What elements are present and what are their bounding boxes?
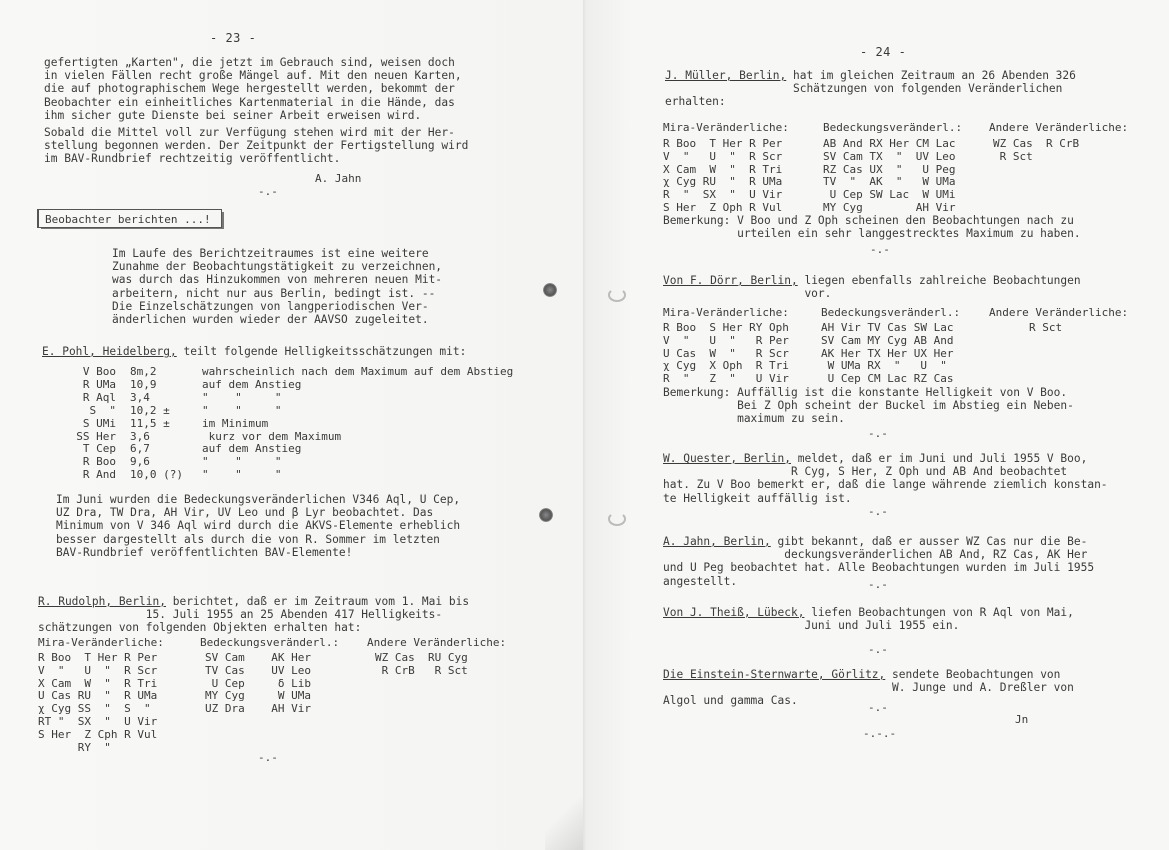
observer-name: E. Pohl, Heidelberg, [42, 345, 177, 358]
eclipsing-header: Bedeckungsveränderl.: [821, 306, 960, 319]
other-list: WZ Cas RU Cyg R CrB R Sct [375, 652, 468, 678]
magnitude: 8m,2 [130, 366, 202, 379]
estimate-row: R UMa10,9auf dem Anstieg [58, 379, 513, 392]
magnitude: 3,4 [130, 392, 202, 405]
mira-header: Mira-Veränderliche: [38, 636, 164, 649]
note: wahrscheinlich nach dem Maximum auf dem … [202, 366, 513, 379]
punch-hole [543, 283, 557, 297]
rudolph-report: R. Rudolph, Berlin, berichtet, daß er im… [38, 595, 469, 635]
theiss-report: Von J. Theiß, Lübeck, liefen Beobachtung… [663, 606, 1074, 632]
separator: -.- [868, 427, 888, 440]
signature: Jn [1015, 713, 1028, 726]
mira-header: Mira-Veränderliche: [663, 306, 789, 319]
separator: -.- [868, 701, 888, 714]
binding-gutter [583, 0, 587, 850]
separator: -.- [868, 643, 888, 656]
quester-report: W. Quester, Berlin, meldet, daß er im Ju… [663, 452, 1108, 505]
intro-paragraph: gefertigten „Karten", die jetzt im Gebra… [44, 56, 462, 122]
observer-name: Die Einstein-Sternwarte, Görlitz, [663, 668, 885, 681]
signature: A. Jahn [315, 172, 361, 185]
star-name: V Boo [58, 366, 130, 379]
mira-list: R Boo T Her R Per V " U " R Scr X Cam W … [38, 652, 157, 754]
mira-list: R Boo S Her RY Oph V " U " R Per U Cas W… [663, 322, 789, 386]
other-list: WZ Cas R CrB R Sct [993, 138, 1079, 164]
page-number: - 23 - [210, 31, 256, 45]
separator: -.- [868, 578, 888, 591]
note: " " " [202, 469, 281, 482]
observer-name: J. Müller, Berlin, [665, 69, 786, 82]
separator: -.-.- [863, 727, 896, 740]
observer-name: W. Quester, Berlin, [663, 452, 791, 465]
star-name: R And [58, 469, 130, 482]
estimate-row: S "10,2 ±" " " [58, 405, 513, 418]
other-list: R Sct [1029, 322, 1062, 335]
mira-header: Mira-Veränderliche: [663, 121, 789, 134]
section-intro: Im Laufe des Berichtzeitraumes ist eine … [112, 247, 442, 326]
magnitude: 10,9 [130, 379, 202, 392]
separator: -.- [258, 751, 278, 764]
magnitude: 10,2 ± [130, 405, 202, 418]
separator: -.- [870, 243, 890, 256]
second-paragraph: Sobald die Mittel voll zur Verfügung ste… [44, 126, 468, 166]
pohl-estimates-table: V Boo8m,2wahrscheinlich nach dem Maximum… [58, 366, 513, 482]
other-header: Andere Veränderliche: [989, 306, 1128, 319]
magnitude: 10,0 (?) [130, 469, 202, 482]
page-24: - 24 - J. Müller, Berlin, hat im gleiche… [585, 0, 1169, 850]
document-spread: - 23 - gefertigten „Karten", die jetzt i… [0, 0, 1169, 850]
eclipsing-header: Bedeckungsveränderl.: [823, 121, 962, 134]
separator: -.- [868, 505, 888, 518]
observer-name: A. Jahn, Berlin, [663, 535, 771, 548]
page-corner-shadow [545, 770, 585, 850]
note: " " " [202, 392, 281, 405]
report-text: teilt folgende Helligkeitsschätzungen mi… [177, 345, 467, 358]
star-name: S " [58, 405, 130, 418]
mira-list: R Boo T Her R Per V " U " R Scr X Cam W … [663, 138, 782, 215]
separator: -.- [258, 185, 278, 198]
estimate-row: S UMi11,5 ±im Minimum [58, 418, 513, 431]
estimate-row: R Aql3,4" " " [58, 392, 513, 405]
doerr-report: Von F. Dörr, Berlin, liegen ebenfalls za… [663, 274, 1081, 300]
other-header: Andere Veränderliche: [989, 121, 1128, 134]
eclipsing-list: AB And RX Her CM Lac SV Cam TX " UV Leo … [823, 138, 955, 215]
observer-name: Von F. Dörr, Berlin, [663, 274, 798, 287]
june-paragraph: Im Juni wurden die Bedeckungsveränderlic… [56, 493, 460, 559]
page-23: - 23 - gefertigten „Karten", die jetzt i… [0, 0, 585, 850]
doerr-remark: Bemerkung: Auffällig ist die konstante H… [663, 386, 1074, 426]
mueller-report: J. Müller, Berlin, hat im gleichen Zeitr… [665, 69, 1076, 109]
pohl-report-heading: E. Pohl, Heidelberg, teilt folgende Hell… [42, 345, 466, 358]
estimate-row: R And10,0 (?)" " " [58, 469, 513, 482]
note: im Minimum [202, 418, 268, 431]
estimate-row: T Cep6,7auf dem Anstieg [58, 443, 513, 456]
estimate-row: R Boo9,6" " " [58, 456, 513, 469]
eclipsing-list: AH Vir TV Cas SW Lac SV Cam MY Cyg AB An… [821, 322, 953, 386]
star-name: R UMa [58, 379, 130, 392]
eclipsing-list: SV Cam AK Her TV Cas UV Leo U Cep δ Lib … [205, 652, 311, 716]
punch-hole [539, 508, 553, 522]
observer-name: R. Rudolph, Berlin, [38, 595, 166, 608]
eclipsing-header: Bedeckungsveränderl.: [200, 636, 339, 649]
star-name: S UMi [58, 418, 130, 431]
punch-hole-shadow [608, 288, 626, 302]
mueller-remark: Bemerkung: V Boo und Z Oph scheinen den … [663, 214, 1081, 240]
observer-name: Von J. Theiß, Lübeck, [663, 606, 804, 619]
page-number: - 24 - [860, 45, 906, 59]
note: auf dem Anstieg [202, 379, 301, 392]
punch-hole-shadow [608, 512, 626, 526]
star-name: R Aql [58, 392, 130, 405]
magnitude: 11,5 ± [130, 418, 202, 431]
section-box-title: Beobachter berichten ...! [37, 209, 222, 228]
note: " " " [202, 405, 281, 418]
estimate-row: V Boo8m,2wahrscheinlich nach dem Maximum… [58, 366, 513, 379]
other-header: Andere Veränderliche: [367, 636, 506, 649]
